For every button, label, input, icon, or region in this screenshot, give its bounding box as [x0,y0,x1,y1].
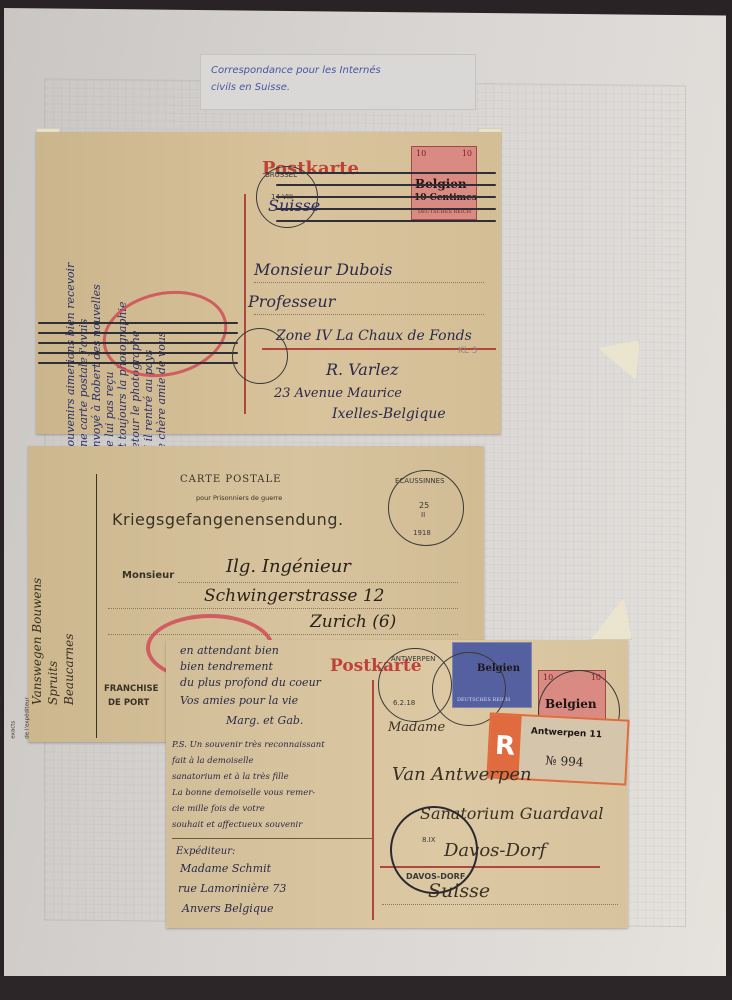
address-line: Madame [388,720,445,735]
routing-suisse: Suisse [268,196,320,215]
machine-cancel [276,172,496,174]
address-line: Zone IV La Chaux de Fonds [276,328,472,344]
sender-line: Expéditeur: [176,846,235,857]
message-line: bien tendrement [180,660,273,673]
address-line: Zurich (6) [310,612,396,632]
sender-line: 23 Avenue Maurice [274,386,402,401]
note-line-2: civils en Suisse. [201,76,475,93]
address-line: Ilg. Ingénieur [226,556,351,577]
ps-line: P.S. Un souvenir très reconnaissant [172,740,325,750]
overprint-centimes: 10 Centimes [414,193,477,203]
message-line: Marg. et Gab. [226,714,303,727]
sender-line: Madame Schmit [180,862,271,875]
address-rule [108,608,458,609]
card-heading: Kriegsgefangenensendung. [112,510,344,529]
ps-line: sanatorium et à la très fille [172,772,289,782]
table-surface [0,976,732,1000]
address-line: Schwingerstrasse 12 [204,586,384,606]
divider-line [372,680,374,920]
address-rule [254,314,484,315]
address-line: Van Antwerpen [392,764,532,785]
ps-line: cie mille fois de votre [172,804,265,814]
registration-number: № 994 [545,753,584,769]
message-line: du plus profond du coeur [180,676,321,689]
address-line: Monsieur Dubois [254,260,393,279]
sender-line: Ixelles-Belgique [332,406,446,422]
cancel-wave [38,362,238,364]
machine-cancel [276,220,496,222]
sender-divider [96,474,97,738]
card-subtitle: pour Prisonniers de guerre [196,494,282,502]
cancel-wave [38,322,238,324]
sender-hand: Vanswegen Bouwens Spruits Beaucarnes [29,515,77,705]
sender-line: rue Lamorinière 73 [178,882,286,895]
address-rule [254,282,484,283]
postmark-arrival [232,328,288,384]
message-line: en attendant bien [180,644,279,657]
album-note: Correspondance pour les Internés civils … [200,54,476,110]
sender-line: R. Varlez [326,360,399,379]
ps-line: fait à la demoiselle [172,756,254,766]
registration-office: Antwerpen 11 [531,727,603,741]
cancel-wave [38,332,238,334]
pencil-note: KL 3 [458,346,478,356]
cancel-wave [38,352,238,354]
postcard-3: Postkarte en attendant bien bien tendrem… [166,640,628,928]
salutation-label: Monsieur [122,570,174,581]
franchise-label: FRANCHISE DE PORT [104,682,159,710]
divider-line [244,194,246,414]
address-rule [178,582,458,583]
cancel-wave [38,342,238,344]
message-line: Vos amies pour la vie [180,694,298,707]
postcard-1: Souvenirs aimerions bien recevoirune car… [36,132,501,434]
note-line-1: Correspondance pour les Internés [201,55,475,76]
sender-labels: Nom et adresse exacts de l'expéditeur [0,695,35,738]
postmark-ecaussinnes: ECAUSSINNES 25 II 1918 [388,470,464,546]
rule [172,838,372,839]
ps-line: La bonne demoiselle vous remer- [172,788,315,798]
address-line: Professeur [248,292,335,311]
card-title: CARTE POSTALE [180,474,281,485]
sender-line: Anvers Belgique [182,902,273,915]
address-rule [382,904,618,905]
postmark-davos-dorf: DAVOS-DORF 8.IX [390,806,478,894]
ps-line: souhait et affectueux souvenir [172,820,302,830]
